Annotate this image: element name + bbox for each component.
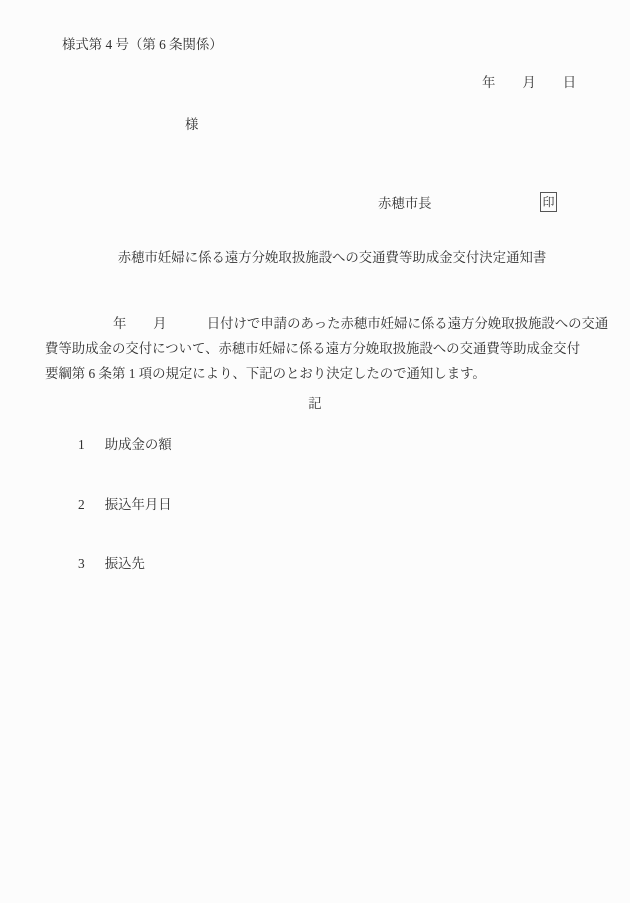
body-line-1: 年 月 日付けで申請のあった赤穂市妊婦に係る遠方分娩取扱施設への交通 — [45, 311, 590, 336]
list-item-grant-amount: 1 助成金の額 — [78, 437, 172, 453]
list-item-transfer-date: 2 振込年月日 — [78, 497, 172, 513]
official-seal-box: 印 — [540, 192, 557, 212]
item-number: 3 — [78, 556, 85, 572]
issue-date-month-label: 月 — [522, 75, 535, 91]
body-paragraph: 年 月 日付けで申請のあった赤穂市妊婦に係る遠方分娩取扱施設への交通 費等助成金… — [45, 311, 590, 386]
record-marker: 記 — [45, 396, 585, 412]
addressee-honorific: 様 — [185, 117, 198, 133]
issue-date-year-label: 年 — [482, 75, 495, 91]
body-line-3: 要綱第 6 条第 1 項の規定により、下記のとおり決定したので通知します。 — [45, 361, 590, 386]
item-label: 振込先 — [105, 556, 145, 572]
issue-date-line: 年 月 日 — [482, 75, 576, 91]
body-line-2: 費等助成金の交付について、赤穂市妊婦に係る遠方分娩取扱施設への交通費等助成金交付 — [45, 336, 590, 361]
list-item-transfer-destination: 3 振込先 — [78, 556, 145, 572]
item-number: 1 — [78, 437, 85, 453]
issuer-name: 赤穂市長 — [378, 196, 432, 212]
document-title: 赤穂市妊婦に係る遠方分娩取扱施設への交通費等助成金交付決定通知書 — [62, 250, 602, 266]
issue-date-day-label: 日 — [563, 75, 576, 91]
form-number: 様式第 4 号（第 6 条関係） — [62, 37, 223, 53]
item-label: 助成金の額 — [105, 437, 172, 453]
item-number: 2 — [78, 497, 85, 513]
document-page: 様式第 4 号（第 6 条関係） 年 月 日 様 赤穂市長 印 赤穂市妊婦に係る… — [0, 0, 630, 903]
item-label: 振込年月日 — [105, 497, 172, 513]
seal-mark-icon: 印 — [542, 195, 554, 209]
